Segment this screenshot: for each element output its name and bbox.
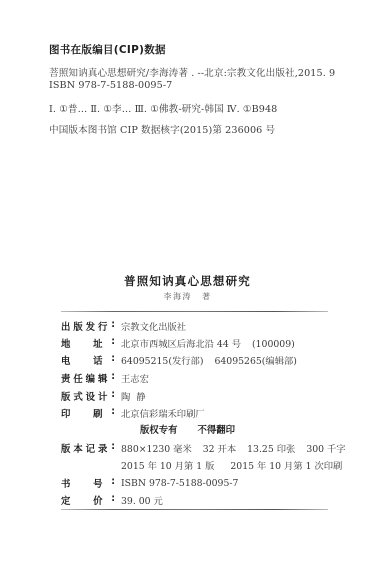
designer-value: 陶 静 (121, 389, 146, 403)
editor-row: 责任编辑: 王志宏 (61, 369, 149, 387)
designer-row: 版式设计: 陶 静 (61, 387, 146, 405)
book-title: 普照知讷真心思想研究 (0, 273, 375, 289)
isbn-value: ISBN 978-7-5188-0095-7 (121, 478, 238, 489)
address-text: 北京市西城区后海北沿 44 号 (121, 339, 241, 350)
printer-row: 印刷: 北京信彩瑞禾印刷厂 (61, 404, 205, 422)
postcode: (100009) (252, 339, 295, 350)
isbn-row: 书号: ISBN 978-7-5188-0095-7 (61, 474, 238, 492)
publisher-row: 出版发行: 宗教文化出版社 (61, 317, 186, 335)
first-printing-date: 2015 年 10 月第 1 次印刷 (230, 458, 342, 472)
format-size: 880×1230 毫米 (121, 444, 192, 455)
phone-editorial: 64095265(编辑部) (214, 356, 296, 367)
editor-value: 王志宏 (121, 371, 149, 385)
edition-row: 版本记录: 880×1230 毫米32 开本13.25 印张300 千字 (61, 439, 346, 457)
author-name: 李海涛 (164, 292, 193, 301)
publisher-value: 宗教文化出版社 (121, 319, 186, 333)
address-row: 地址: 北京市西城区后海北沿 44 号(100009) (61, 334, 295, 352)
printer-value: 北京信彩瑞禾印刷厂 (121, 406, 205, 420)
copyright-reserved: 版权专有 (140, 425, 178, 436)
price-label: 定价: (61, 493, 118, 507)
first-edition-date: 2015 年 10 月第 1 版 (121, 458, 214, 472)
edition-dates: 2015 年 10 月第 1 版2015 年 10 月第 1 次印刷 (121, 456, 342, 474)
isbn-label: 书号: (61, 476, 118, 490)
printer-label: 印刷: (61, 406, 118, 420)
edition-specs: 880×1230 毫米32 开本13.25 印张300 千字 (121, 441, 346, 455)
cip-isbn-line: ISBN 978-7-5188-0095-7 (49, 80, 172, 91)
phone-value: 64095215(发行部)64095265(编辑部) (121, 353, 297, 367)
bottom-divider (61, 509, 328, 510)
editor-label: 责任编辑: (61, 371, 118, 385)
address-label: 地址: (61, 336, 118, 350)
author-role: 著 (202, 292, 212, 301)
publisher-label: 出版发行: (61, 319, 118, 333)
edition-label: 版本记录: (61, 441, 118, 455)
phone-row: 电话: 64095215(发行部)64095265(编辑部) (61, 351, 297, 369)
copyright-no-reprint: 不得翻印 (198, 425, 236, 436)
top-divider (61, 311, 328, 312)
copyright-notice: 版权专有不得翻印 (0, 422, 375, 436)
price-value: 39. 00 元 (121, 493, 163, 507)
book-author-line: 李海涛著 (0, 291, 375, 302)
printed-sheets: 13.25 印张 (247, 444, 295, 455)
price-row: 定价: 39. 00 元 (61, 491, 163, 509)
address-value: 北京市西城区后海北沿 44 号(100009) (121, 336, 295, 350)
cip-classification-line: Ⅰ. ①普… Ⅱ. ①李… Ⅲ. ①佛教-研究-韩国 Ⅳ. ①B948 (49, 101, 277, 115)
cip-title-line: 菩照知讷真心思想研究/李海涛著 . --北京:宗教文化出版社,2015. 9 (49, 65, 335, 79)
cip-heading: 图书在版编目(CIP)数据 (49, 42, 166, 57)
phone-sales: 64095215(发行部) (121, 356, 203, 367)
cip-record-number-line: 中国版本图书馆 CIP 数据核字(2015)第 236006 号 (49, 122, 275, 136)
designer-label: 版式设计: (61, 389, 118, 403)
phone-label: 电话: (61, 353, 118, 367)
word-count: 300 千字 (306, 444, 345, 455)
format-folio: 32 开本 (203, 444, 236, 455)
